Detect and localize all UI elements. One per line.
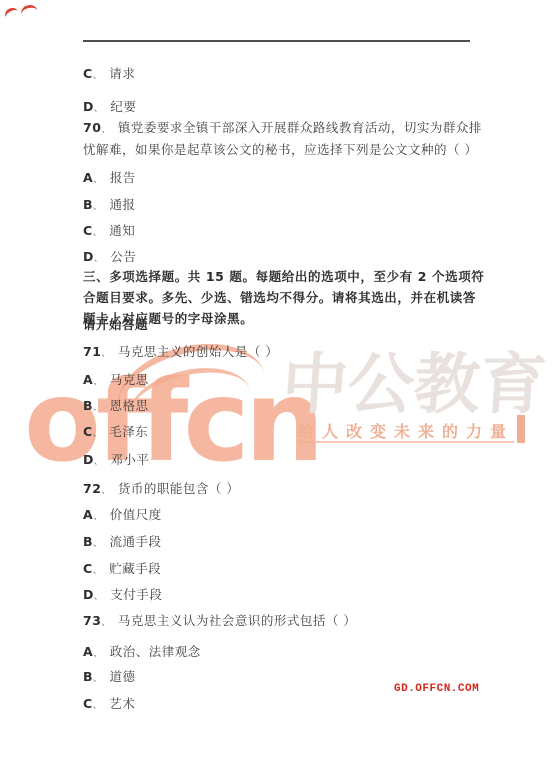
option-row: C、毛泽东 <box>83 422 148 440</box>
option-text: 恩格思 <box>110 398 149 413</box>
option-text: 毛泽东 <box>109 424 148 439</box>
option-row: C、艺术 <box>83 694 135 712</box>
option-row: B、道德 <box>83 667 136 685</box>
option-letter: C <box>83 696 93 711</box>
enum-mark: 、 <box>93 202 103 212</box>
question-text: 镇党委要求全镇干部深入开展群众路线教育活动，切实为群众排忧解难，如果你是起草该公… <box>83 120 482 157</box>
enum-mark: 、 <box>93 228 103 238</box>
question-number: 71 <box>83 344 101 359</box>
header-divider-line <box>83 40 470 42</box>
enum-mark: 、 <box>93 403 103 413</box>
option-text: 请求 <box>109 66 135 81</box>
option-row: D、邓小平 <box>83 450 149 468</box>
exam-page: C、请求 D、纪要 70、镇党委要求全镇干部深入开展群众路线教育活动，切实为群众… <box>0 0 554 783</box>
enum-mark: 、 <box>93 566 103 576</box>
option-row: D、公告 <box>83 247 136 265</box>
enum-mark: 、 <box>93 674 103 684</box>
question-70: 70、镇党委要求全镇干部深入开展群众路线教育活动，切实为群众排忧解难，如果你是起… <box>83 118 485 160</box>
enum-mark: 、 <box>101 125 111 135</box>
corner-pen-mark-icon <box>19 3 39 23</box>
option-row: B、通报 <box>83 195 136 213</box>
option-text: 公告 <box>110 249 136 264</box>
option-text: 报告 <box>110 170 136 185</box>
option-row: D、纪要 <box>83 97 136 115</box>
enum-mark: 、 <box>93 649 103 659</box>
option-row: C、通知 <box>83 221 135 239</box>
option-row: A、马克思 <box>83 370 149 388</box>
option-letter: D <box>83 249 94 264</box>
option-letter: C <box>83 223 93 238</box>
option-row: A、报告 <box>83 168 136 186</box>
option-letter: C <box>83 424 93 439</box>
enum-mark: 、 <box>93 539 103 549</box>
option-text: 政治、法律观念 <box>110 644 201 659</box>
option-row: B、流通手段 <box>83 532 162 550</box>
enum-mark: 、 <box>101 486 111 496</box>
option-text: 纪要 <box>110 99 136 114</box>
question-72: 72、货币的职能包含（ ） <box>83 479 485 501</box>
option-row: C、请求 <box>83 64 135 82</box>
enum-mark: 、 <box>94 254 104 264</box>
question-number: 70 <box>83 120 101 135</box>
enum-mark: 、 <box>93 377 103 387</box>
option-text: 马克思 <box>110 372 149 387</box>
start-answering-prompt: 请开始答题 <box>83 315 148 333</box>
option-letter: B <box>83 534 93 549</box>
option-letter: A <box>83 644 93 659</box>
question-73: 73、马克思主义认为社会意识的形式包括（ ） <box>83 611 485 633</box>
option-letter: C <box>83 66 93 81</box>
question-number: 72 <box>83 481 101 496</box>
option-text: 支付手段 <box>110 587 162 602</box>
enum-mark: 、 <box>93 71 103 81</box>
option-letter: A <box>83 372 93 387</box>
option-letter: A <box>83 170 93 185</box>
option-letter: B <box>83 669 93 684</box>
option-text: 道德 <box>110 669 136 684</box>
option-letter: B <box>83 197 93 212</box>
option-row: B、恩格思 <box>83 396 149 414</box>
question-text: 马克思主义的创始人是（ ） <box>118 344 278 359</box>
option-text: 艺术 <box>109 696 135 711</box>
enum-mark: 、 <box>94 104 104 114</box>
option-letter: D <box>83 99 94 114</box>
option-row: A、价值尺度 <box>83 505 162 523</box>
option-text: 邓小平 <box>110 452 149 467</box>
corner-pen-mark-icon <box>3 5 21 23</box>
enum-mark: 、 <box>93 512 103 522</box>
option-row: A、政治、法律观念 <box>83 642 201 660</box>
option-row: C、贮藏手段 <box>83 559 161 577</box>
option-text: 价值尺度 <box>110 507 162 522</box>
option-letter: B <box>83 398 93 413</box>
option-letter: C <box>83 561 93 576</box>
option-row: D、支付手段 <box>83 585 162 603</box>
option-text: 流通手段 <box>110 534 162 549</box>
enum-mark: 、 <box>93 175 103 185</box>
enum-mark: 、 <box>93 701 103 711</box>
option-text: 通报 <box>110 197 136 212</box>
enum-mark: 、 <box>94 592 104 602</box>
enum-mark: 、 <box>101 349 111 359</box>
question-71: 71、马克思主义的创始人是（ ） <box>83 342 485 364</box>
site-url: GD.OFFCN.COM <box>394 683 479 695</box>
option-text: 贮藏手段 <box>109 561 161 576</box>
option-letter: A <box>83 507 93 522</box>
question-text: 货币的职能包含（ ） <box>118 481 239 496</box>
enum-mark: 、 <box>101 618 111 628</box>
enum-mark: 、 <box>93 429 103 439</box>
enum-mark: 、 <box>94 457 104 467</box>
option-text: 通知 <box>109 223 135 238</box>
option-letter: D <box>83 587 94 602</box>
question-number: 73 <box>83 613 101 628</box>
question-text: 马克思主义认为社会意识的形式包括（ ） <box>118 613 356 628</box>
option-letter: D <box>83 452 94 467</box>
